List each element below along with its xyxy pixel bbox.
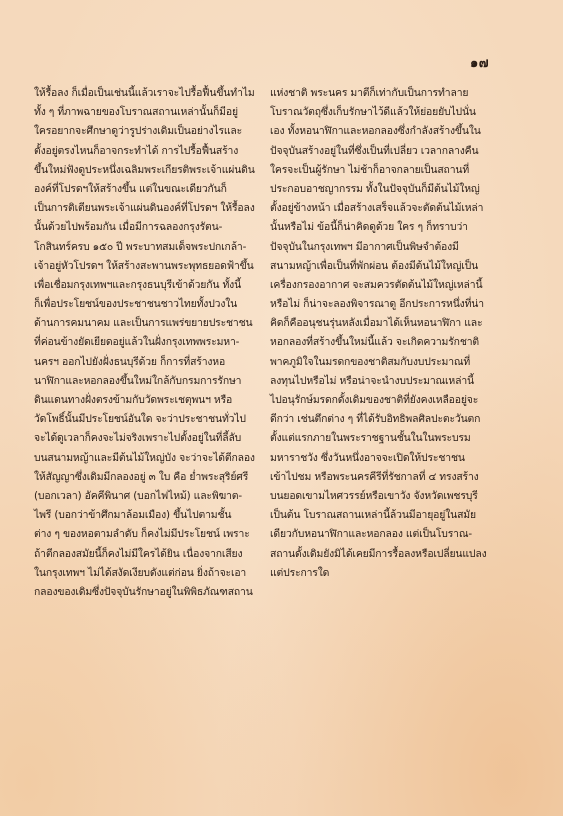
document-page: ๑๗ ให้รื้อลง ก็เมื่อเป็นเช่นนี้แล้วเราจะ… [0, 0, 563, 816]
text-line: ทั้ง ๆ ที่ภาพฉายของโบราณสถานเหล่านั้นก็ม… [34, 103, 270, 122]
text-line: โบราณวัตถุซึ่งเก็บรักษาไว้ดีแล้วให้ย่อยย… [270, 103, 514, 122]
text-line: กลองของเดิมซึ่งปัจจุบันรักษาอยู่ในพิพิธภ… [34, 583, 270, 602]
text-line: ต่าง ๆ ของหอตามลำดับ ก็คงไม่มีประโยชน์ เ… [34, 525, 270, 544]
text-line: เป็นต้น โบราณสถานเหล่านี้ล้วนมีอายุอยู่ใ… [270, 506, 514, 525]
text-line: หรือไม่ ก็น่าจะลองพิจารณาดู อีกประการหนึ… [270, 295, 514, 314]
text-line: นั้นด้วยไปพร้อมกัน เมื่อมีการฉลองกรุงรัต… [34, 218, 270, 237]
text-line: นาฬิกาและหอกลองขึ้นใหม่ใกล้กับกรมการรักษ… [34, 372, 270, 391]
text-line: ลงทุนไปหรือไม่ หรือน่าจะนำงบประมาณเหล่าน… [270, 372, 514, 391]
text-line: สถานดั้งเดิมยังมิได้เคยมีการรื้อลงหรือเป… [270, 545, 514, 564]
text-line: เข้าไปชม หรือพระนครคีรีที่รัชกาลที่ ๔ ทร… [270, 468, 514, 487]
text-line: เดียวกับหอนาฬิกาและหอกลอง แต่เป็นโบราณ- [270, 525, 514, 544]
text-line: ใครจะเป็นผู้รักษา ไม่ช้าก็อาจกลายเป็นสถา… [270, 161, 514, 180]
text-line: ดีกว่า เช่นตึกต่าง ๆ ที่ได้รับอิทธิพลศิล… [270, 410, 514, 429]
text-line: ที่ค่อนข้างยัดเยียดอยู่แล้วในฝั่งกรุงเทพ… [34, 333, 270, 352]
text-line: ถ้าตีกลองสมัยนี้ก็คงไม่มีใครได้ยิน เนื่อ… [34, 545, 270, 564]
text-line: ประกอบอาชญากรรม ทั้งในปัจจุบันก็มีต้นไม้… [270, 180, 514, 199]
text-line: หอกลองที่สร้างขึ้นใหม่นี้แล้ว จะเกิดความ… [270, 333, 514, 352]
text-line: เพื่อเชื่อมกรุงเทพฯและกรุงธนบุรีเข้าด้วย… [34, 276, 270, 295]
text-line: แต่ประการใด [270, 564, 514, 583]
text-line: ด้านการคมนาคม และเป็นการแพร่ขยายประชาชน [34, 314, 270, 333]
text-line: ตั้งอยู่ตรงไหนก็อาจกระทำได้ การไปรื้อฟื้… [34, 142, 270, 161]
text-line: ตั้งแต่แรกภายในพระราชฐานชั้นในในพระบรม [270, 429, 514, 448]
right-text-column: แห่งชาติ พระนคร มาตีก็เท่ากับเป็นการทำลา… [270, 84, 514, 583]
text-line: โกสินทร์ครบ ๑๕๐ ปี พระบาทสมเด็จพระปกเกล้… [34, 238, 270, 257]
text-line: คิดก็คืออนุชนรุ่นหลังเมื่อมาได้เห็นหอนาฬ… [270, 314, 514, 333]
page-number: ๑๗ [470, 52, 489, 73]
text-line: ให้สัญญาซึ่งเดิมมีกลองอยู่ ๓ ใบ คือ ย่ำพ… [34, 468, 270, 487]
text-line: ในกรุงเทพฯ ไม่ได้สงัดเงียบดังแต่ก่อน ยิ่… [34, 564, 270, 583]
text-line: ไพรี (บอกว่าข้าศึกมาล้อมเมือง) ขึ้นไปตาม… [34, 506, 270, 525]
text-line: บนยอดเขามไหศวรรย์หรือเขาวัง จังหวัดเพชรบ… [270, 487, 514, 506]
text-line: บนสนามหญ้าและมีต้นไม้ใหญ่บัง จะว่าจะได้ต… [34, 449, 270, 468]
text-line: แห่งชาติ พระนคร มาตีก็เท่ากับเป็นการทำลา… [270, 84, 514, 103]
text-line: องค์ที่โปรดฯให้สร้างขึ้น แต่ในขณะเดียวกั… [34, 180, 270, 199]
text-line: ปัจจุบันสร้างอยู่ในที่ซึ่งเป็นที่เปลี่ยว… [270, 142, 514, 161]
text-line: ตั้งอยู่ข้างหน้า เมื่อสร้างเสร็จแล้วจะตั… [270, 199, 514, 218]
text-line: พาคภูมิใจในมรดกของชาติสมกับงบประมาณที่ [270, 353, 514, 372]
text-line: เครื่องกรองอากาศ จะสมควรตัดต้นไม้ใหญ่เหล… [270, 276, 514, 295]
text-line: นั้นหรือไม่ ข้อนี้ก็น่าคิดดูด้วย ใคร ๆ ก… [270, 218, 514, 237]
text-line: ขึ้นใหม่ฟังดูประหนึ่งเฉลิมพระเกียรติพระเ… [34, 161, 270, 180]
text-line: วัดโพธิ์นั้นมีประโยชน์อันใด จะว่าประชาชน… [34, 410, 270, 429]
text-line: ใครอยากจะศึกษาดูว่ารูปร่างเดิมเป็นอย่างไ… [34, 122, 270, 141]
text-line: ดินแดนทางฝั่งตรงข้ามกับวัดพระเชตุพนฯ หรื… [34, 391, 270, 410]
text-line: ปัจจุบันในกรุงเทพฯ มีอากาศเป็นพิษจำต้องม… [270, 238, 514, 257]
text-line: ไปอนุรักษ์มรดกดั้งเดิมของชาติที่ยังคงเหล… [270, 391, 514, 410]
text-line: สนามหญ้าเพื่อเป็นที่พักผ่อน ต้องมีต้นไม้… [270, 257, 514, 276]
text-line: เป็นการติเตียนพระเจ้าแผ่นดินองค์ที่โปรดฯ… [34, 199, 270, 218]
text-line: เอง ทั้งหอนาฬิกาและหอกลองซึ่งกำลังสร้างข… [270, 122, 514, 141]
left-text-column: ให้รื้อลง ก็เมื่อเป็นเช่นนี้แล้วเราจะไปร… [34, 84, 270, 602]
text-line: มหาราชวัง ซึ่งวันหนึ่งอาจจะเปิดให้ประชาช… [270, 449, 514, 468]
text-line: นครฯ ออกไปยังฝั่งธนบุรีด้วย ก็การที่สร้า… [34, 353, 270, 372]
text-line: เจ้าอยู่หัวโปรดฯ ให้สร้างสะพานพระพุทธยอด… [34, 257, 270, 276]
text-line: จะได้ดูเวลาก็คงจะไม่จริงเพราะไปตั้งอยู่ใ… [34, 429, 270, 448]
text-line: (บอกเวลา) อัคคีพินาศ (บอกไฟไหม้) และพิฆา… [34, 487, 270, 506]
text-line: ให้รื้อลง ก็เมื่อเป็นเช่นนี้แล้วเราจะไปร… [34, 84, 270, 103]
text-line: ก็เพื่อประโยชน์ของประชาชนชาวไทยทั้งปวงใน [34, 295, 270, 314]
